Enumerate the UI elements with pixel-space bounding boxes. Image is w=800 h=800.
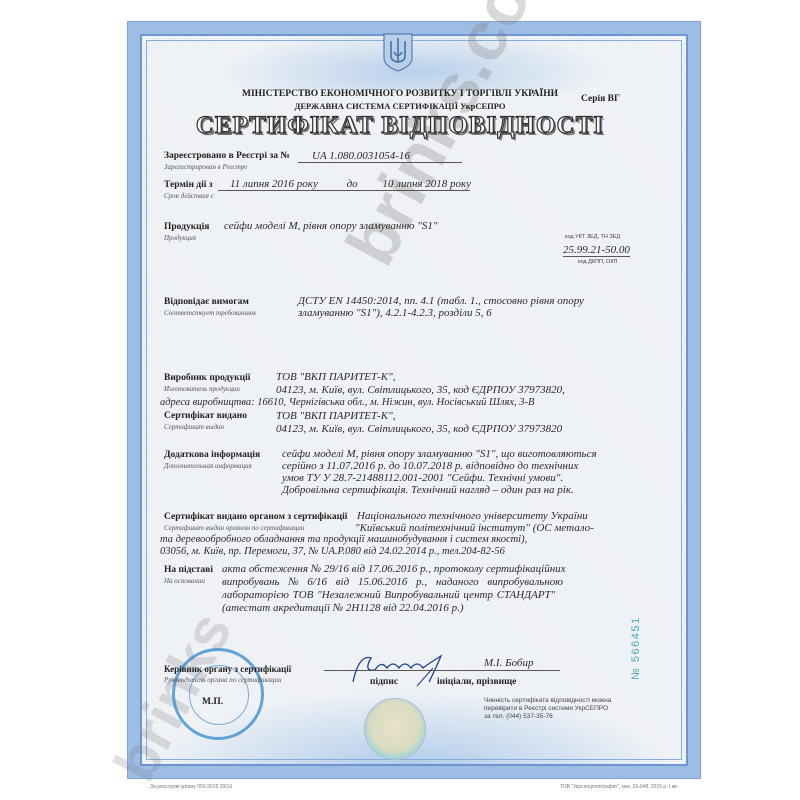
basis-line-3: лабораторією ТОВ "Незалежний Випробуваль… — [222, 589, 555, 601]
manufacturer-line-2: 04123, м. Київ, вул. Світлицького, 35, к… — [276, 384, 565, 396]
registry-sublabel: Зарегистрирован в Реестре — [164, 163, 247, 171]
manufacturer-sublabel: Изготовитель продукции — [164, 385, 240, 393]
basis-line-2: випробувань № 6/16 від 15.06.2016 р., на… — [222, 576, 563, 588]
validity-to-word: до — [347, 178, 358, 190]
issued-to-line-1: ТОВ "ВКП ПАРИТЕТ-К", — [276, 410, 396, 422]
signature-line — [324, 670, 560, 671]
name-caption: ініціали, прізвище — [437, 677, 516, 687]
cert-body-line-1: Національного технічного університету Ук… — [357, 510, 588, 522]
issued-to-sublabel: Сертификат выдан — [164, 423, 224, 431]
cert-body-line-4: 03056, м. Київ, пр. Перемоги, 37, № UA.P… — [160, 546, 505, 557]
head-of-body-sublabel: Руководитель органа по сертификации — [164, 676, 282, 684]
additional-info-line-4: Добровільна сертифікація. Технічний нагл… — [282, 484, 574, 496]
issued-to-label: Сертифікат видано — [164, 411, 247, 421]
manufacturer-line-1: ТОВ "ВКП ПАРИТЕТ-К", — [276, 371, 396, 383]
verify-note-line-3: за тел. (044) 537-35-76 — [484, 713, 553, 720]
validity-from: 11 липня 2016 року — [230, 178, 318, 190]
official-stamp — [172, 648, 264, 740]
product-code-bottom-label: код ДКПП, ОКП — [578, 259, 617, 265]
requirements-line-2: зламуванню "S1"), 4.2.1-4.2.3, розділи 5… — [298, 307, 492, 319]
signature-caption: підпис — [370, 677, 398, 687]
additional-info-label: Додаткова інформація — [164, 450, 260, 460]
product-code: 25.99.21-50.00 — [563, 244, 630, 257]
requirements-label: Відповідає вимогам — [164, 297, 249, 307]
registry-label: Зареєстровано в Реєстрі за № — [164, 151, 290, 161]
validity-to: 10 липня 2018 року — [382, 178, 471, 190]
hologram-emblem — [364, 698, 426, 760]
registry-number: UA 1.080.0031054-16 — [298, 150, 462, 163]
basis-line-1: акта обстеження № 29/16 від 17.06.2016 р… — [222, 563, 566, 575]
cert-body-label: Сертифікат видано органом з сертифікації — [164, 512, 347, 522]
product-sublabel: Продукция — [164, 234, 196, 242]
additional-info-line-1: сейфи моделі М, рівня опору зламуванню "… — [282, 448, 597, 460]
cert-body-line-3: та деревообробного обладнання та продукц… — [160, 534, 527, 545]
cert-body-sublabel: Сертификат выдан органом по сертификации — [164, 524, 304, 532]
seal-place-label: М.П. — [202, 697, 223, 707]
validity-line: 11 липня 2016 року до 10 липня 2018 року — [218, 178, 470, 191]
serial-number: № 566451 — [630, 616, 642, 680]
certification-system: ДЕРЖАВНА СИСТЕМА СЕРТИФІКАЦІЇ УкрСЕПРО — [0, 101, 800, 111]
additional-info-sublabel: Дополнительная информация — [164, 462, 252, 470]
signatory-name: М.І. Бобир — [484, 657, 533, 669]
coat-of-arms-icon — [382, 32, 414, 72]
verify-note-line-2: перевірити в Реєстрі системи УкрСЕПРО — [484, 705, 608, 712]
product-code-top-label: код УКТ ЗЕД, ТН ЗЕД — [565, 234, 620, 240]
basis-label: На підставі — [164, 565, 213, 575]
footer-registry: За реєстром органу 050-2016 29/16 — [150, 784, 232, 790]
ministry-name: МІНІСТЕРСТВО ЕКОНОМІЧНОГО РОЗВИТКУ І ТОР… — [0, 89, 800, 99]
product-value: сейфи моделі М, рівня опору зламуванню "… — [224, 220, 437, 232]
issued-to-line-2: 04123, м. Київ, вул. Світлицького, 35, к… — [276, 423, 562, 435]
slash-mark — [415, 666, 435, 688]
requirements-line-1: ДСТУ EN 14450:2014, пп. 4.1 (табл. 1., с… — [298, 295, 584, 307]
series-label: Серія ВГ — [581, 94, 620, 104]
product-label: Продукція — [164, 222, 209, 232]
head-of-body-label: Керівник органу з сертифікації — [164, 664, 291, 674]
footer-printer: ТОВ "Укрспецполіграфія", зам. 15-048, 20… — [560, 784, 678, 790]
basis-sublabel: На основании — [164, 577, 205, 585]
verify-note-line-1: Чинність сертифіката відповідності можна — [484, 697, 611, 704]
requirements-sublabel: Соответствует требованиям — [164, 309, 256, 317]
document-title: СЕРТИФІКАТ ВІДПОВІДНОСТІ — [0, 112, 800, 140]
additional-info-line-2: серійно з 11.07.2016 р. до 10.07.2018 р.… — [282, 460, 578, 472]
cert-body-line-2: "Київський політехнічний інститут" (ОС м… — [355, 522, 594, 534]
manufacturer-line-3: адреса виробництва: 16610, Чернігівська … — [160, 397, 534, 408]
additional-info-line-3: умов ТУ У 28.7-21488112.001-2001 "Сейфи.… — [282, 472, 563, 484]
validity-sublabel: Срок действия с — [164, 192, 214, 200]
basis-line-4: (атестат акредитації № 2Н1128 від 22.04.… — [222, 602, 464, 614]
manufacturer-label: Виробник продукції — [164, 373, 250, 383]
validity-label: Термін дії з — [164, 180, 213, 190]
